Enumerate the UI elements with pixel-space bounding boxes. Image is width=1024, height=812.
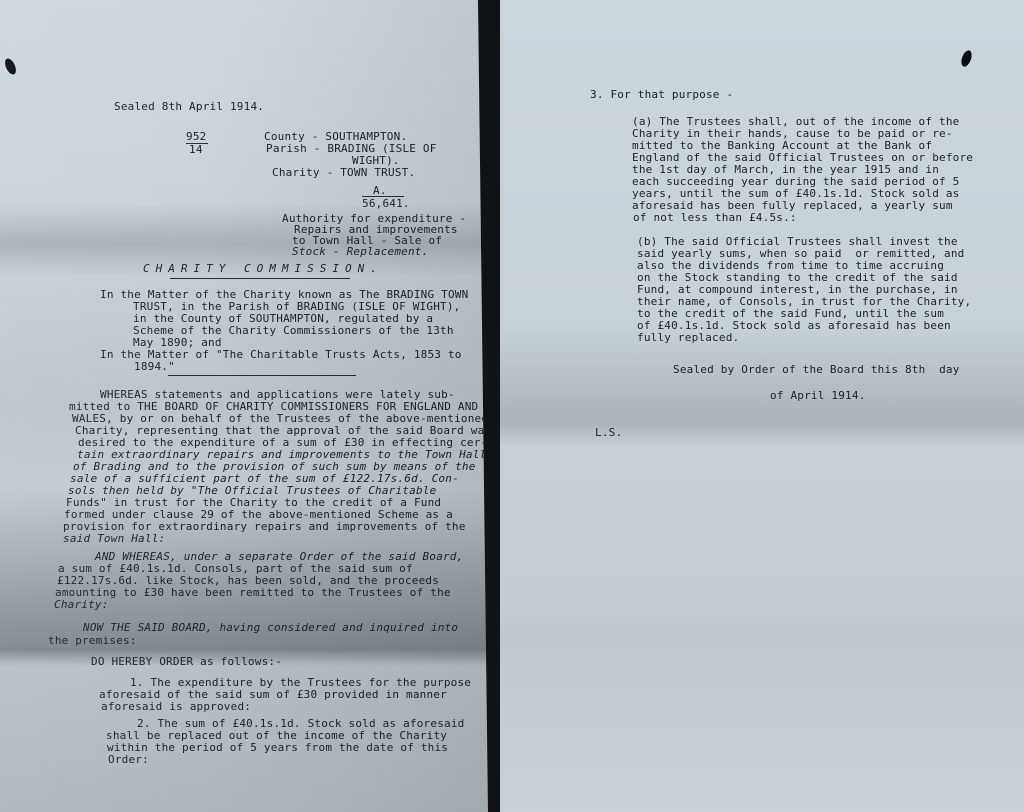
right-page: 3. For that purpose - (a) The Trustees s… xyxy=(500,0,1024,812)
clause-2-line: shall be replaced out of the income of t… xyxy=(106,729,447,742)
matter-line: 1894." xyxy=(134,360,175,373)
reference-number-bottom: 14 xyxy=(189,143,203,156)
now-board-line: the premises: xyxy=(48,634,137,647)
whereas-line: said Town Hall: xyxy=(63,532,165,545)
clause-1-line: aforesaid is approved: xyxy=(101,700,251,713)
whereas-line: of Brading and to the provision of such … xyxy=(73,460,476,473)
authority-line: Repairs and improvements xyxy=(294,223,458,236)
clause-3b-line: fully replaced. xyxy=(637,331,739,344)
punch-hole xyxy=(3,57,18,76)
matter-line: May 1890; and xyxy=(133,336,222,349)
whereas-line: WHEREAS statements and applications were… xyxy=(100,388,455,401)
reference-number-top: 952 xyxy=(186,130,206,143)
sealed-by-order-line-1: Sealed by Order of the Board this 8th da… xyxy=(673,363,960,376)
and-whereas-line: AND WHEREAS, under a separate Order of t… xyxy=(95,550,463,563)
whereas-line: desired to the expenditure of a sum of £… xyxy=(78,436,487,449)
authority-line: Stock - Replacement. xyxy=(292,245,428,258)
now-board-line: NOW THE SAID BOARD, having considered an… xyxy=(83,621,458,634)
file-number-bottom: 56,641. xyxy=(362,197,410,210)
reference-divider xyxy=(186,143,208,144)
whereas-line: Charity, representing that the approval … xyxy=(75,424,491,437)
clause-2-line: Order: xyxy=(108,753,149,766)
clause-1-line: 1. The expenditure by the Trustees for t… xyxy=(130,676,471,689)
authority-line: to Town Hall - Sale of xyxy=(292,234,442,247)
whereas-line: Funds" in trust for the Charity to the c… xyxy=(66,496,441,509)
matter-line: In the Matter of "The Charitable Trusts … xyxy=(100,348,462,361)
matter-underline xyxy=(168,375,356,376)
heading-underline xyxy=(170,278,350,279)
whereas-line: sale of a sufficient part of the sum of … xyxy=(70,472,459,485)
whereas-line: tain extraordinary repairs and improveme… xyxy=(77,448,486,461)
authority-line: Authority for expenditure - xyxy=(282,212,466,225)
whereas-line: WALES, by or on behalf of the Trustees o… xyxy=(72,412,488,425)
whereas-line: sols then held by "The Official Trustees… xyxy=(68,484,436,497)
file-divider xyxy=(362,196,404,197)
clause-3a-line: of not less than £4.5s.: xyxy=(633,211,797,224)
clause-2-line: 2. The sum of £40.1s.1d. Stock sold as a… xyxy=(137,717,464,730)
and-whereas-line: amounting to £30 have been remitted to t… xyxy=(55,586,451,599)
and-whereas-line: a sum of £40.1s.1d. Consols, part of the… xyxy=(58,562,413,575)
file-number-top: A. xyxy=(373,184,387,197)
left-page: Sealed 8th April 1914. 952 14 County - S… xyxy=(0,0,500,812)
matter-line: Scheme of the Charity Commissioners of t… xyxy=(133,324,454,337)
matter-line: TRUST, in the Parish of BRADING (ISLE OF… xyxy=(133,300,460,313)
and-whereas-line: £122.17s.6d. like Stock, has been sold, … xyxy=(57,574,439,587)
parish-line-2: WIGHT). xyxy=(352,154,400,167)
and-whereas-line: Charity: xyxy=(54,598,109,611)
parish-line-1: Parish - BRADING (ISLE OF xyxy=(266,142,437,155)
whereas-line: provision for extraordinary repairs and … xyxy=(63,520,466,533)
punch-hole xyxy=(959,49,973,68)
matter-line: In the Matter of the Charity known as Th… xyxy=(100,288,468,301)
do-hereby-order: DO HEREBY ORDER as follows:- xyxy=(91,655,282,668)
clause-3-heading: 3. For that purpose - xyxy=(590,88,733,101)
document-heading: CHARITY COMMISSION. xyxy=(143,262,383,275)
county-line: County - SOUTHAMPTON. xyxy=(264,130,407,143)
sealed-by-order-line-2: of April 1914. xyxy=(770,389,866,402)
locus-sigilli: L.S. xyxy=(595,426,622,439)
charity-line: Charity - TOWN TRUST. xyxy=(272,166,415,179)
whereas-line: mitted to THE BOARD OF CHARITY COMMISSIO… xyxy=(69,400,478,413)
clause-1-line: aforesaid of the said sum of £30 provide… xyxy=(99,688,447,701)
whereas-line: formed under clause 29 of the above-ment… xyxy=(64,508,453,521)
sealed-date: Sealed 8th April 1914. xyxy=(114,100,264,113)
clause-2-line: within the period of 5 years from the da… xyxy=(107,741,448,754)
matter-line: in the County of SOUTHAMPTON, regulated … xyxy=(133,312,433,325)
